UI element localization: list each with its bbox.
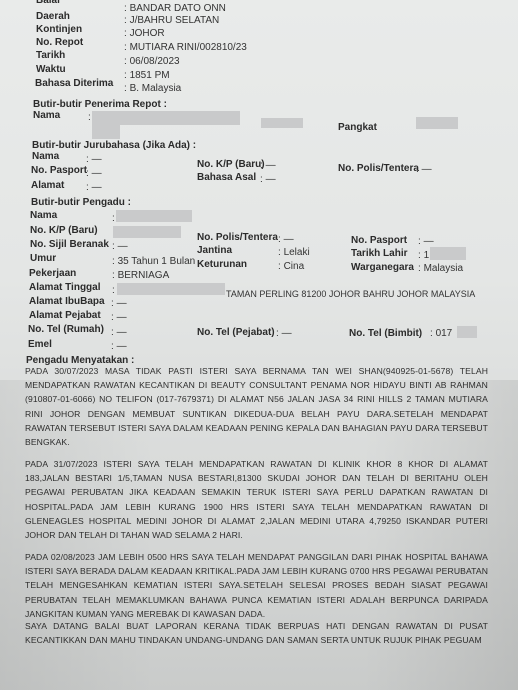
label-alamat-tinggal: Alamat Tinggal	[29, 282, 101, 293]
value-alamat-tinggal: TAMAN PERLING 81200 JOHOR BAHRU JOHOR MA…	[226, 289, 475, 299]
value-tel-pejabat: : —	[276, 328, 292, 339]
penerima-heading: Butir-butir Penerima Repot :	[33, 99, 167, 110]
label-pengadu-pasport: No. Pasport	[351, 235, 407, 246]
colon: :	[112, 213, 115, 224]
value-no-repot: : MUTIARA RINI/002810/23	[124, 42, 247, 53]
label-jb-bahasa-asal: Bahasa Asal	[197, 172, 256, 183]
label-bahasa-diterima: Bahasa Diterima	[35, 78, 113, 89]
value-jantina: : Lelaki	[278, 247, 310, 258]
label-balai: Balai	[36, 0, 60, 6]
label-pengadu-nama: Nama	[30, 210, 57, 221]
value-pengadu-polis: : —	[278, 234, 294, 245]
value-pengadu-pasport: : —	[418, 236, 434, 247]
value-tarikh-lahir: : 1	[418, 250, 429, 261]
value-jb-pasport: : —	[86, 168, 102, 179]
redacted-pengadu-name	[116, 210, 192, 222]
label-no-repot: No. Repot	[36, 37, 83, 48]
statement-paragraph-4: SAYA DATANG BALAI BUAT LAPORAN KERANA TI…	[25, 619, 488, 647]
label-tarikh-lahir: Tarikh Lahir	[351, 248, 408, 259]
label-waktu: Waktu	[36, 64, 66, 75]
value-jb-polis: : —	[416, 164, 432, 175]
label-alamat-pejabat: Alamat Pejabat	[29, 310, 101, 321]
value-keturunan: : Cina	[278, 261, 304, 272]
label-pangkat: Pangkat	[338, 122, 377, 133]
statement-paragraph-1: PADA 30/07/2023 MASA TIDAK PASTI ISTERI …	[25, 364, 488, 449]
label-pengadu-polis: No. Polis/Tentera	[197, 232, 278, 243]
value-bahasa-diterima: : B. Malaysia	[124, 83, 181, 94]
colon: :	[88, 112, 91, 123]
label-jantina: Jantina	[197, 245, 232, 256]
statement-paragraph-2: PADA 31/07/2023 ISTERI SAYA TELAH MENDAP…	[25, 457, 488, 542]
value-tarikh: : 06/08/2023	[124, 56, 180, 67]
label-warganegara: Warganegara	[351, 262, 414, 273]
value-jb-kp: : —	[260, 160, 276, 171]
value-jb-nama: : —	[86, 154, 102, 165]
label-tel-pejabat: No. Tel (Pejabat)	[197, 327, 275, 338]
redacted-penerima-id	[261, 118, 303, 128]
label-jb-pasport: No. Pasport	[31, 165, 87, 176]
value-tel-rumah: : —	[111, 327, 127, 338]
label-umur: Umur	[30, 253, 56, 264]
label-keturunan: Keturunan	[197, 259, 247, 270]
value-alamat-pejabat: : —	[111, 312, 127, 323]
redacted-pangkat	[416, 117, 458, 129]
colon: :	[112, 285, 115, 296]
value-umur: : 35 Tahun 1 Bulan	[112, 256, 195, 267]
label-penerima-nama: Nama	[33, 110, 60, 121]
label-tarikh: Tarikh	[36, 50, 65, 61]
value-tel-bimbit: : 017	[430, 328, 452, 339]
pengadu-heading: Butir-butir Pengadu :	[31, 197, 131, 208]
label-jb-polis: No. Polis/Tentera	[338, 163, 419, 174]
redacted-tarikh-lahir	[430, 247, 466, 260]
label-daerah: Daerah	[36, 11, 70, 22]
redacted-tel-bimbit	[457, 326, 477, 338]
value-daerah: : J/BAHRU SELATAN	[124, 15, 219, 26]
police-report-document: Balai : BANDAR DATO ONN Daerah : J/BAHRU…	[0, 0, 518, 690]
value-pekerjaan: : BERNIAGA	[112, 270, 169, 281]
value-warganegara: : Malaysia	[418, 263, 463, 274]
redacted-alamat-tinggal	[117, 283, 225, 295]
label-tel-rumah: No. Tel (Rumah)	[28, 324, 104, 335]
label-pengadu-kp: No. K/P (Baru)	[30, 225, 98, 236]
label-emel: Emel	[28, 339, 52, 350]
statement-paragraph-3: PADA 02/08/2023 JAM LEBIH 0500 HRS SAYA …	[25, 550, 488, 621]
label-jb-nama: Nama	[32, 151, 59, 162]
value-waktu: : 1851 PM	[124, 70, 170, 81]
value-jb-bahasa-asal: : —	[260, 174, 276, 185]
value-balai: : BANDAR DATO ONN	[124, 3, 226, 14]
value-jb-alamat: : —	[86, 182, 102, 193]
redacted-pengadu-kp	[113, 226, 181, 238]
value-kontinjen: : JOHOR	[124, 28, 165, 39]
value-sijil-beranak: : —	[112, 241, 128, 252]
label-alamat-ibubapa: Alamat IbuBapa	[29, 296, 105, 307]
label-pekerjaan: Pekerjaan	[29, 268, 76, 279]
redacted-penerima-name-2	[92, 125, 120, 139]
jurubahasa-heading: Butir-butir Jurubahasa (Jika Ada) :	[32, 140, 196, 151]
redacted-penerima-name	[92, 111, 240, 125]
value-alamat-ibubapa: : —	[111, 298, 127, 309]
label-sijil-beranak: No. Sijil Beranak	[30, 239, 109, 250]
value-emel: : —	[111, 341, 127, 352]
label-tel-bimbit: No. Tel (Bimbit)	[349, 328, 422, 339]
label-jb-kp: No. K/P (Baru)	[197, 159, 265, 170]
label-kontinjen: Kontinjen	[36, 24, 82, 35]
label-jb-alamat: Alamat	[31, 180, 64, 191]
